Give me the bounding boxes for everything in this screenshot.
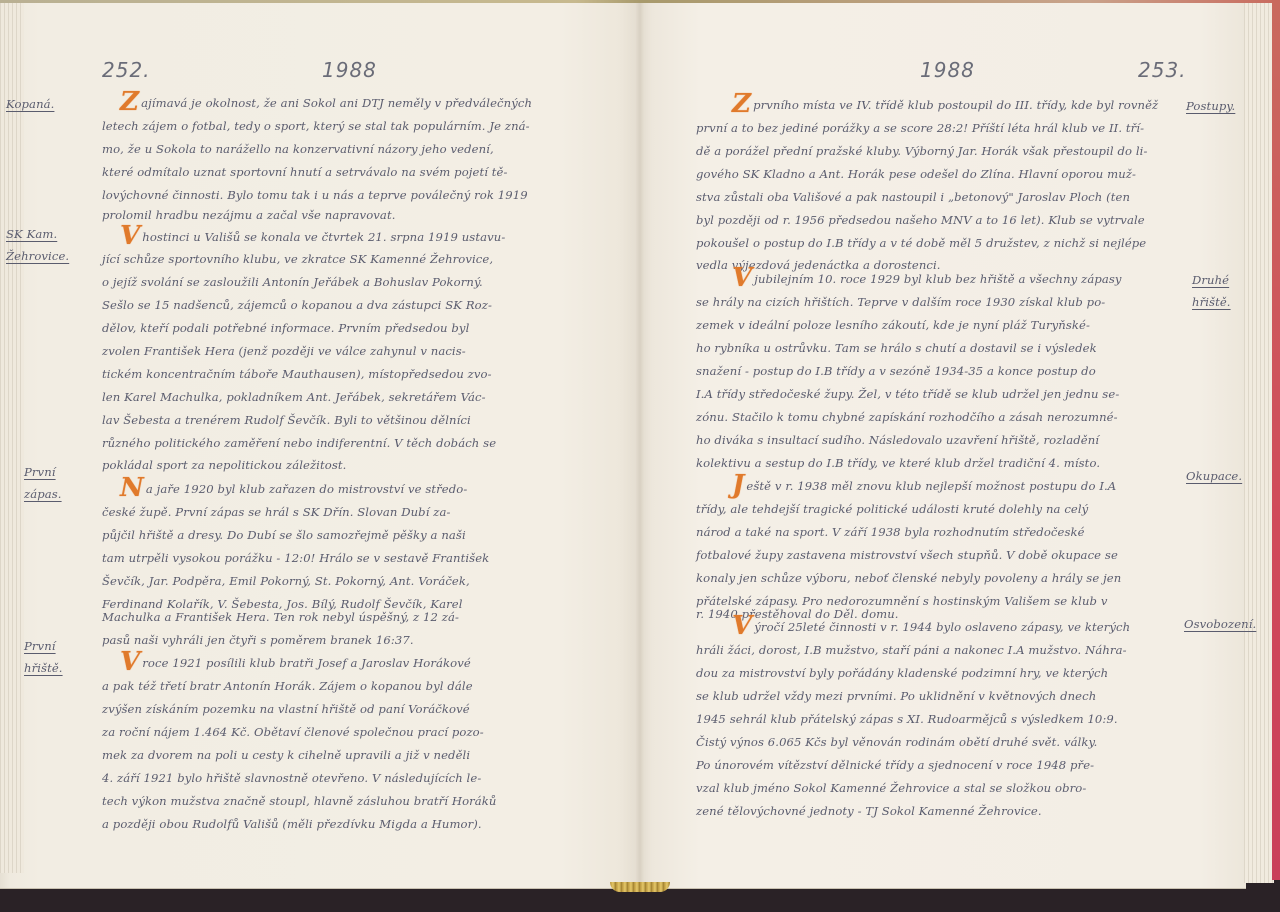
text-line: se hrály na cizích hřištích. Teprve v da… <box>696 291 1105 313</box>
text-line: mo, že u Sokola to narážello na konzerva… <box>102 138 494 160</box>
illuminated-initial: Z <box>732 94 751 114</box>
text-line: ho rybníka u ostrůvku. Tam se hrálo s ch… <box>696 337 1097 359</box>
text-line: Vjubilejním 10. roce 1929 byl klub bez h… <box>732 268 1122 290</box>
page-number-right: 253. <box>1138 58 1187 82</box>
year-right: 1988 <box>920 58 975 82</box>
text-line: vzal klub jméno Sokol Kamenné Žehrovice … <box>696 777 1086 799</box>
text-line: konaly jen schůze výboru, neboť členské … <box>696 567 1121 589</box>
text-line: zvýšen získáním pozemku na vlastní hřišt… <box>102 698 470 720</box>
text-line: lav Šebesta a trenérem Rudolf Ševčík. By… <box>102 409 471 431</box>
text-line: třídy, ale tehdejší tragické politické u… <box>696 498 1088 520</box>
spine-headband <box>610 882 670 892</box>
margin-note-zapas: zápas. <box>24 484 62 504</box>
text-line: len Karel Machulka, pokladníkem Ant. Jeř… <box>102 386 486 408</box>
text-line: pasů naši vyhráli jen čtyři s poměrem br… <box>102 629 414 651</box>
page-number-left: 252. <box>102 58 151 82</box>
text-line: dou za mistrovství byly pořádány kladens… <box>696 662 1108 684</box>
text-line: ho diváka s insultací sudího. Následoval… <box>696 429 1099 451</box>
text-line: lovýchovné činnosti. Bylo tomu tak i u n… <box>102 184 528 206</box>
text-line: které odmítalo uznat sportovní hnutí a s… <box>102 161 508 183</box>
text-line: o jejíž svolání se zasloužili Antonín Je… <box>102 271 483 293</box>
text-line: Machulka a František Hera. Ten rok nebyl… <box>102 606 459 628</box>
text-line: byl později od r. 1956 předsedou našeho … <box>696 209 1145 231</box>
text-line: zené tělovýchovné jednoty - TJ Sokol Kam… <box>696 800 1042 822</box>
margin-note-zehrovice: Žehrovice. <box>6 246 69 266</box>
illuminated-initial: V <box>732 616 752 636</box>
text-line: jící schůze sportovního klubu, ve zkratc… <box>102 248 493 270</box>
margin-note-druhe: Druhé <box>1192 270 1229 290</box>
illuminated-initial: V <box>120 226 140 246</box>
text-line: hráli žáci, dorost, I.B mužstvo, staří p… <box>696 639 1127 661</box>
text-line: půjčil hřiště a dresy. Do Dubí se šlo sa… <box>102 524 466 546</box>
margin-note-kopana: Kopaná. <box>6 94 54 114</box>
text-line: Vhostinci u Vališů se konala ve čtvrtek … <box>120 226 505 248</box>
text-line: 1945 sehrál klub přátelský zápas s XI. R… <box>696 708 1118 730</box>
text-line: tam utrpěli vysokou porážku - 12:0! Hrál… <box>102 547 489 569</box>
text-line: Výročí 25leté činnosti v r. 1944 bylo os… <box>732 616 1130 638</box>
text-line: gového SK Kladno a Ant. Horák pese odeše… <box>696 163 1136 185</box>
text-line: snažení - postup do I.B třídy a v sezóně… <box>696 360 1096 382</box>
year-left: 1988 <box>322 58 377 82</box>
text-line: Sešlo se 15 nadšenců, zájemců o kopanou … <box>102 294 492 316</box>
illuminated-initial: J <box>732 475 744 495</box>
text-line: zemek v ideální poloze lesního zákoutí, … <box>696 314 1090 336</box>
text-line: Po únorovém vítězství dělnické třídy a s… <box>696 754 1094 776</box>
text-line: různého politického zaměření nebo indife… <box>102 432 496 454</box>
illuminated-initial: V <box>732 268 752 288</box>
text-line: první a to bez jediné porážky a se score… <box>696 117 1144 139</box>
text-line: české župě. První zápas se hrál s SK Dří… <box>102 501 451 523</box>
text-line: dělov, kteří podali potřebné informace. … <box>102 317 469 339</box>
text-line: I.A třídy středočeské župy. Žel, v této … <box>696 383 1119 405</box>
margin-note-prvni-1: První <box>24 462 56 482</box>
text-line: kolektivu a sestup do I.B třídy, ve kter… <box>696 452 1100 474</box>
right-page-edges <box>1244 3 1274 883</box>
open-book: 252. 1988 Kopaná. SK Kam. Žehrovice. Prv… <box>0 0 1280 912</box>
book-gutter <box>636 3 644 889</box>
text-line: Čistý výnos 6.065 Kčs byl věnován rodiná… <box>696 731 1097 753</box>
text-line: dě a porážel přední pražské kluby. Výbor… <box>696 140 1148 162</box>
text-line: stva zůstali oba Vališové a pak nastoupi… <box>696 186 1130 208</box>
margin-note-prvni-2: První <box>24 636 56 656</box>
text-line: Ještě v r. 1938 měl znovu klub nejlepší … <box>732 475 1116 497</box>
text-line: Zprvního místa ve IV. třídě klub postoup… <box>732 94 1158 116</box>
illuminated-initial: N <box>120 478 144 498</box>
margin-note-hriste: hřiště. <box>24 658 63 678</box>
text-line: Na jaře 1920 byl klub zařazen do mistrov… <box>120 478 467 500</box>
margin-note-okupace: Okupace. <box>1186 466 1242 486</box>
text-line: tech výkon mužstva značně stoupl, hlavně… <box>102 790 497 812</box>
text-line: mek za dvorem na poli u cesty k cihelně … <box>102 744 470 766</box>
illuminated-initial: Z <box>120 92 139 112</box>
text-line: zvolen František Hera (jenž později ve v… <box>102 340 466 362</box>
margin-note-hriste-2: hřiště. <box>1192 292 1231 312</box>
text-line: se klub udržel vždy mezi prvními. Po ukl… <box>696 685 1096 707</box>
text-line: 4. září 1921 bylo hřiště slavnostně otev… <box>102 767 481 789</box>
text-line: za roční nájem 1.464 Kč. Obětaví členové… <box>102 721 484 743</box>
text-line: Zajímavá je okolnost, že ani Sokol ani D… <box>120 92 532 114</box>
text-line: národ a také na sport. V září 1938 byla … <box>696 521 1085 543</box>
margin-note-postupy: Postupy. <box>1186 96 1235 116</box>
text-line: tickém koncentračním táboře Mauthausen),… <box>102 363 492 385</box>
text-line: prolomil hradbu nezájmu a začal vše napr… <box>102 204 396 226</box>
text-line: a pak též třetí bratr Antonín Horák. Záj… <box>102 675 473 697</box>
text-line: letech zájem o fotbal, tedy o sport, kte… <box>102 115 530 137</box>
red-cover-edge <box>1272 0 1280 880</box>
text-line: Ševčík, Jar. Podpěra, Emil Pokorný, St. … <box>102 570 470 592</box>
left-page-edges <box>0 3 24 873</box>
text-line: pokoušel o postup do I.B třídy a v té do… <box>696 232 1146 254</box>
text-line: zónu. Stačilo k tomu chybné zapískání ro… <box>696 406 1118 428</box>
margin-note-osvobozeni: Osvobození. <box>1184 614 1256 634</box>
text-line: Vroce 1921 posílili klub bratři Josef a … <box>120 652 471 674</box>
text-line: fotbalové župy zastavena mistrovství vše… <box>696 544 1118 566</box>
margin-note-sk-kam: SK Kam. <box>6 224 57 244</box>
illuminated-initial: V <box>120 652 140 672</box>
text-line: a později obou Rudolfů Vališů (měli přez… <box>102 813 482 835</box>
